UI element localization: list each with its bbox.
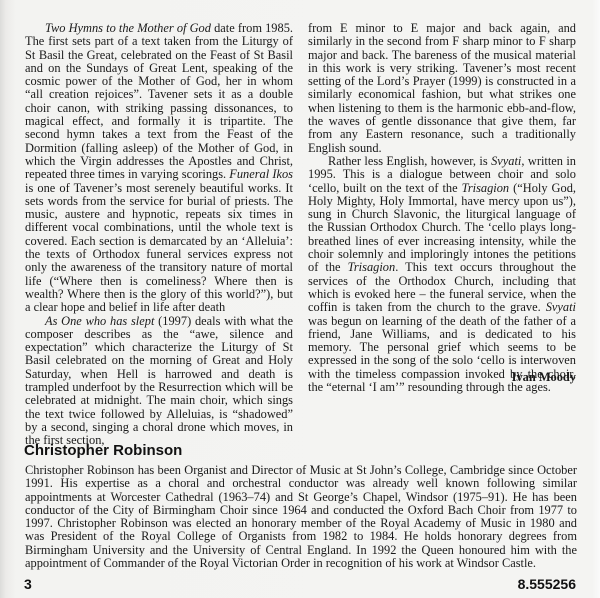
paragraph-svyati: Rather less English, however, is Svyati,… (308, 155, 576, 394)
notes-left-column: Two Hymns to the Mother of God date from… (25, 22, 293, 448)
page-number: 3 (24, 576, 32, 592)
work-title: Trisagion (348, 260, 396, 274)
paragraph-as-one-who-has-slept: As One who has slept (1997) deals with w… (25, 315, 293, 448)
paragraph-continuation: from E minor to E major and back again, … (308, 22, 576, 155)
catalog-number: 8.555256 (518, 576, 576, 592)
booklet-page: Two Hymns to the Mother of God date from… (0, 0, 600, 598)
work-title: Funeral Ikos (229, 167, 293, 181)
work-title: Svyati (491, 154, 521, 168)
biography-text: Christopher Robinson has been Organist a… (25, 464, 577, 570)
work-title: As One who has slept (45, 314, 154, 328)
biography-heading: Christopher Robinson (24, 442, 182, 459)
work-title: Svyati (546, 300, 576, 314)
paragraph-two-hymns: Two Hymns to the Mother of God date from… (25, 22, 293, 315)
work-title: Trisagion (462, 181, 510, 195)
author-signature: Ivan Moody (308, 370, 576, 385)
page-edge (592, 0, 600, 598)
notes-right-column: from E minor to E major and back again, … (308, 22, 576, 394)
work-title: Two Hymns to the Mother of God (45, 21, 211, 35)
